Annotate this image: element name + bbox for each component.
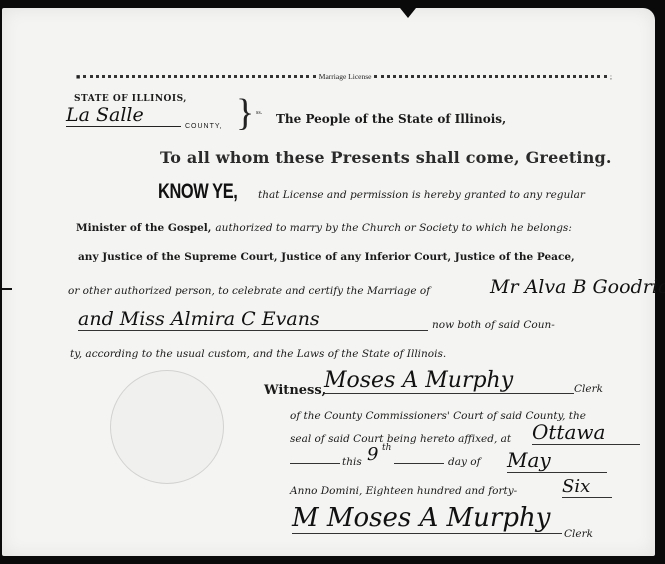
header-rule: ■ Marriage License ; [76,72,612,81]
people-line: The People of the State of Illinois, [276,112,506,126]
authorized-text: authorized to marry by the Church or Soc… [215,222,571,234]
body-line-2: Minister of the Gospel, authorized to ma… [76,218,572,236]
this-label: this [342,456,362,468]
day-number: 9 [367,444,378,465]
court-seal [110,370,224,484]
seal-line: seal of said Court being hereto affixed,… [290,433,511,445]
county-handwritten: La Salle [66,104,181,127]
greeting: To all whom these Presents shall come, G… [160,148,612,167]
year-line: Anno Domini, Eighteen hundred and forty- [290,485,517,497]
body-line-1: that License and permission is hereby gr… [258,189,585,201]
header-start-glyph: ■ [76,73,80,81]
ss-mark: ss. [256,110,262,116]
county-label: COUNTY, [185,123,223,130]
body-line-3: any Justice of the Supreme Court, Justic… [78,251,575,263]
clerk-title: Clerk [574,383,603,395]
dotted-rule-right [374,75,607,78]
brace-icon: } [236,94,254,132]
year-handwritten: Six [562,476,612,498]
license-paper: ■ Marriage License ; STATE OF ILLINOIS, … [2,8,655,556]
day-suffix: th [382,443,391,453]
paper-notch [400,8,416,18]
this-rule [290,463,340,464]
state-heading: STATE OF ILLINOIS, [74,94,187,104]
month-name: May [507,448,607,473]
groom-name: Mr Alva B Goodrich [490,276,665,298]
dotted-rule-left [83,75,316,78]
header-title: Marriage License [319,72,372,81]
minister-text: Minister of the Gospel, [76,222,211,234]
final-clerk-title: Clerk [564,528,593,540]
header-end-glyph: ; [610,73,612,81]
day-of-label: day of [448,456,480,468]
body-line-4: or other authorized person, to celebrate… [68,285,430,297]
know-ye: KNOW YE, [158,180,237,204]
day-rule [394,463,444,464]
final-signature: M Moses A Murphy [292,503,562,534]
place-name: Ottawa [532,420,640,445]
witness-label: Witness, [264,383,326,398]
body-line-6: ty, according to the usual custom, and t… [70,348,446,360]
clerk-signature: Moses A Murphy [324,368,574,394]
margin-mark [2,288,12,290]
bride-name: and Miss Almira C Evans [78,308,428,331]
body-line-5-tail: now both of said Coun- [432,319,555,331]
